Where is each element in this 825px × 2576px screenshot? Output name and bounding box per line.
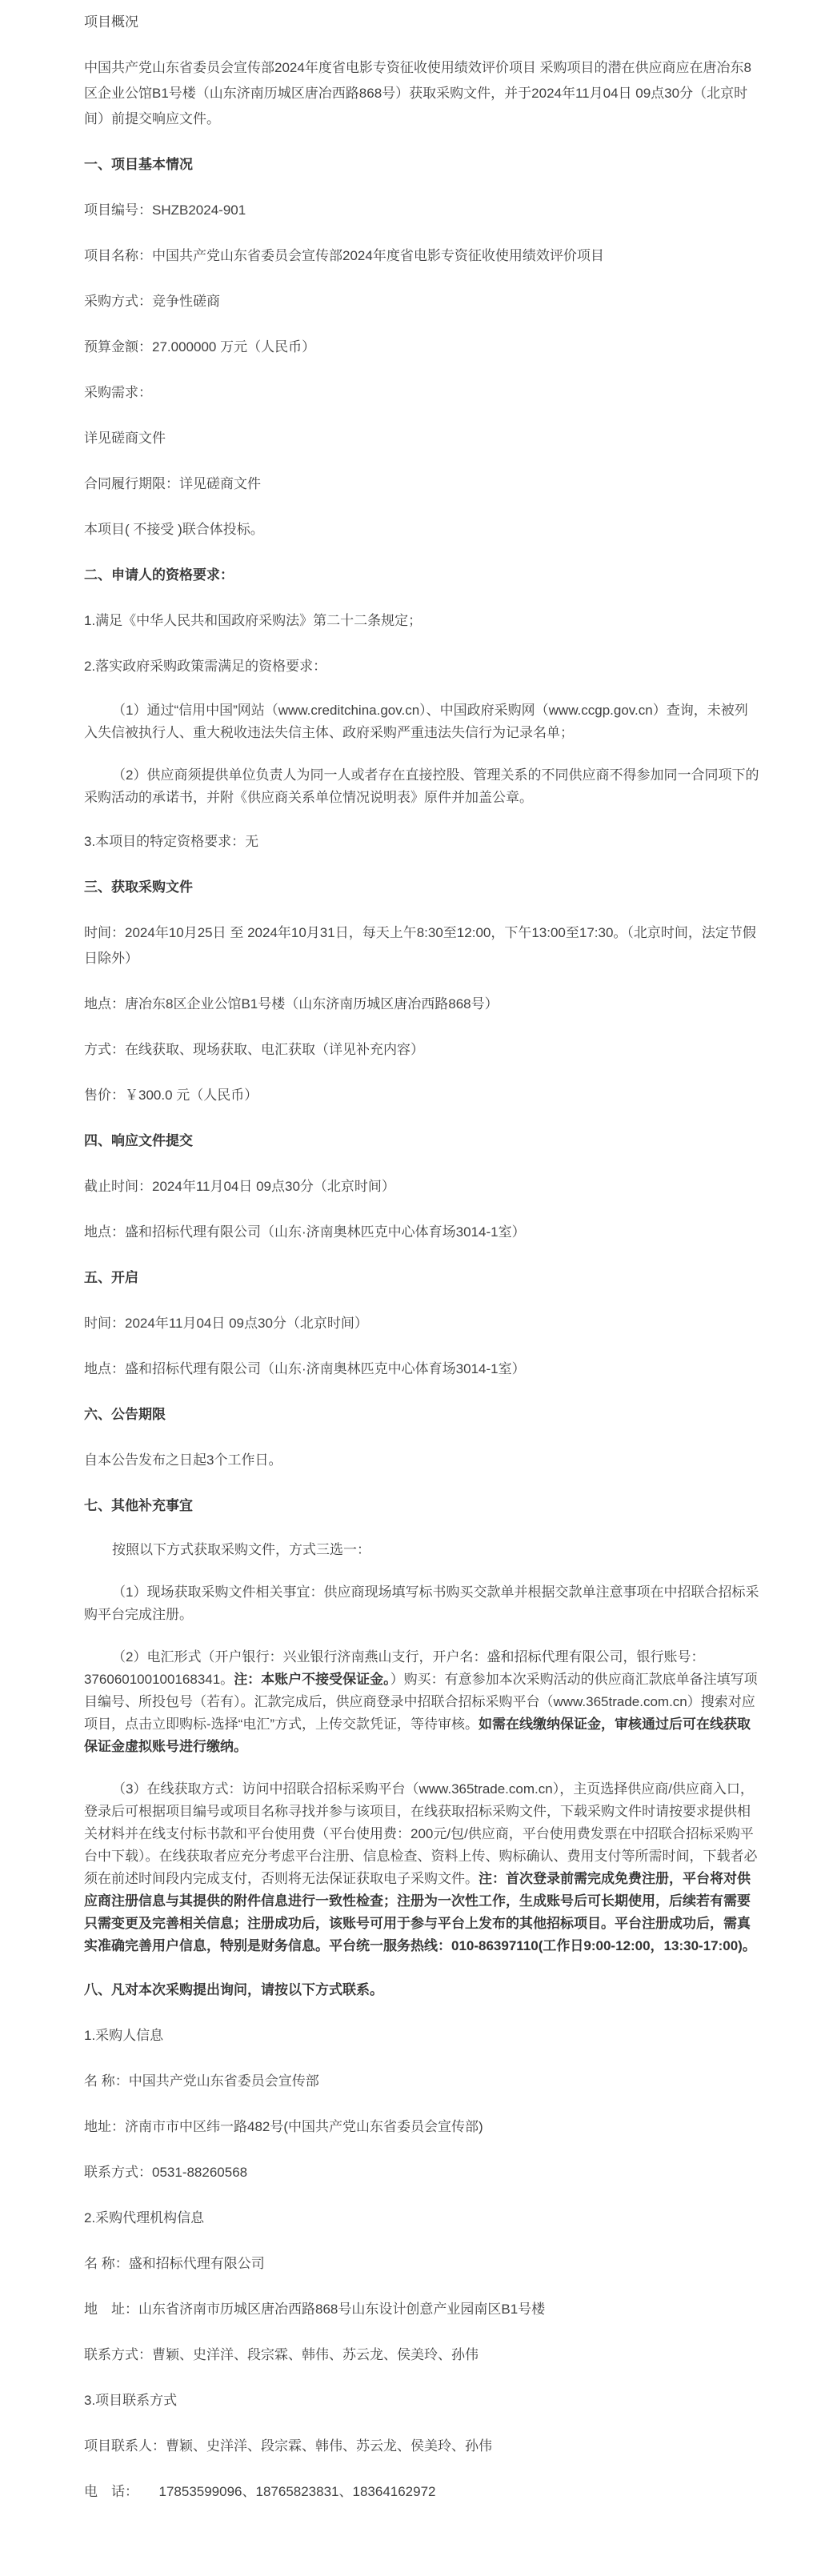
- text-run: 名 称：中国共产党山东省委员会宣传部: [84, 2073, 319, 2089]
- bold-text-run: 八、凡对本次采购提出询问，请按以下方式联系。: [84, 1982, 383, 1997]
- paragraph: 地点：唐冶东8区企业公馆B1号楼（山东济南历城区唐冶西路868号）: [84, 992, 760, 1017]
- text-run: 本项目( 不接受 )联合体投标。: [84, 522, 264, 537]
- paragraph: 2.采购代理机构信息: [84, 2205, 760, 2231]
- paragraph: 采购需求：: [84, 380, 760, 406]
- paragraph: 项目名称：中国共产党山东省委员会宣传部2024年度省电影专资征收使用绩效评价项目: [84, 243, 760, 269]
- paragraph: 时间：2024年10月25日 至 2024年10月31日，每天上午8:30至12…: [84, 920, 760, 972]
- paragraph: 采购方式：竞争性磋商: [84, 289, 760, 314]
- bold-text-run: 五、开启: [84, 1270, 138, 1285]
- bold-text-run: 三、获取采购文件: [84, 879, 193, 895]
- text-run: 中国共产党山东省委员会宣传部2024年度省电影专资征收使用绩效评价项目 采购项目…: [84, 60, 751, 126]
- section-heading: 二、申请人的资格要求：: [84, 563, 760, 588]
- paragraph: 预算金额：27.000000 万元（人民币）: [84, 335, 760, 360]
- text-run: 地址：济南市市中区纬一路482号(中国共产党山东省委员会宣传部): [84, 2119, 483, 2134]
- text-run: 时间：2024年10月25日 至 2024年10月31日，每天上午8:30至12…: [84, 925, 756, 966]
- paragraph: 项目概况: [84, 10, 760, 35]
- paragraph: 按照以下方式获取采购文件，方式三选一：: [84, 1539, 760, 1561]
- paragraph: 方式：在线获取、现场获取、电汇获取（详见补充内容）: [84, 1037, 760, 1063]
- text-run: 2.采购代理机构信息: [84, 2210, 204, 2225]
- paragraph: 联系方式：0531-88260568: [84, 2160, 760, 2185]
- section-heading: 三、获取采购文件: [84, 875, 760, 900]
- section-heading: 五、开启: [84, 1265, 760, 1291]
- paragraph: 地点：盛和招标代理有限公司（山东·济南奥林匹克中心体育场3014-1室）: [84, 1356, 760, 1382]
- paragraph: 名 称：盛和招标代理有限公司: [84, 2251, 760, 2277]
- paragraph: 截止时间：2024年11月04日 09点30分（北京时间）: [84, 1174, 760, 1200]
- paragraph: 自本公告发布之日起3个工作日。: [84, 1448, 760, 1473]
- paragraph: 合同履行期限：详见磋商文件: [84, 471, 760, 497]
- paragraph: 地址：济南市市中区纬一路482号(中国共产党山东省委员会宣传部): [84, 2114, 760, 2140]
- text-run: 项目联系人：曹颖、史洋洋、段宗霖、韩伟、苏云龙、侯美玲、孙伟: [84, 2438, 492, 2454]
- text-run: 截止时间：2024年11月04日 09点30分（北京时间）: [84, 1179, 395, 1194]
- paragraph: 名 称：中国共产党山东省委员会宣传部: [84, 2069, 760, 2094]
- paragraph: 3.本项目的特定资格要求：无: [84, 829, 760, 855]
- text-run: 电 话： 17853599096、18765823831、18364162972: [84, 2484, 436, 2499]
- text-run: 联系方式：曹颖、史洋洋、段宗霖、韩伟、苏云龙、侯美玲、孙伟: [84, 2347, 479, 2362]
- text-run: （2）供应商须提供单位负责人为同一人或者存在直接控股、管理关系的不同供应商不得参…: [84, 767, 759, 805]
- text-run: （1）通过“信用中国”网站（www.creditchina.gov.cn）、中国…: [84, 703, 748, 740]
- paragraph: 项目编号：SHZB2024-901: [84, 198, 760, 223]
- paragraph: 本项目( 不接受 )联合体投标。: [84, 517, 760, 543]
- text-run: 详见磋商文件: [84, 431, 166, 446]
- paragraph: 项目联系人：曹颖、史洋洋、段宗霖、韩伟、苏云龙、侯美玲、孙伟: [84, 2434, 760, 2459]
- text-run: 1.采购人信息: [84, 2028, 163, 2043]
- paragraph: （3）在线获取方式：访问中招联合招标采购平台（www.365trade.com.…: [84, 1778, 760, 1957]
- paragraph: 2.落实政府采购政策需满足的资格要求：: [84, 654, 760, 679]
- text-run: 项目名称：中国共产党山东省委员会宣传部2024年度省电影专资征收使用绩效评价项目: [84, 248, 604, 263]
- bold-text-run: 六、公告期限: [84, 1407, 166, 1422]
- paragraph: （1）现场获取采购文件相关事宜：供应商现场填写标书购买交款单并根据交款单注意事项…: [84, 1581, 760, 1626]
- text-run: 售价：￥300.0 元（人民币）: [84, 1088, 258, 1103]
- text-run: 2.落实政府采购政策需满足的资格要求：: [84, 659, 326, 674]
- text-run: 地点：盛和招标代理有限公司（山东·济南奥林匹克中心体育场3014-1室）: [84, 1361, 526, 1376]
- paragraph: 1.采购人信息: [84, 2023, 760, 2049]
- paragraph: 地点：盛和招标代理有限公司（山东·济南奥林匹克中心体育场3014-1室）: [84, 1220, 760, 1245]
- paragraph: 中国共产党山东省委员会宣传部2024年度省电影专资征收使用绩效评价项目 采购项目…: [84, 55, 760, 132]
- paragraph: 时间：2024年11月04日 09点30分（北京时间）: [84, 1311, 760, 1336]
- text-run: 方式：在线获取、现场获取、电汇获取（详见补充内容）: [84, 1042, 424, 1057]
- text-run: 地点：盛和招标代理有限公司（山东·济南奥林匹克中心体育场3014-1室）: [84, 1224, 526, 1240]
- text-run: 预算金额：27.000000 万元（人民币）: [84, 339, 315, 355]
- paragraph: 详见磋商文件: [84, 426, 760, 451]
- paragraph: 售价：￥300.0 元（人民币）: [84, 1083, 760, 1108]
- text-run: 采购需求：: [84, 385, 152, 400]
- text-run: 3.项目联系方式: [84, 2393, 177, 2408]
- bold-text-run: 一、项目基本情况: [84, 157, 193, 172]
- paragraph: （2）供应商须提供单位负责人为同一人或者存在直接控股、管理关系的不同供应商不得参…: [84, 764, 760, 809]
- text-run: 自本公告发布之日起3个工作日。: [84, 1452, 282, 1468]
- announcement-page: 项目概况中国共产党山东省委员会宣传部2024年度省电影专资征收使用绩效评价项目 …: [0, 0, 825, 2576]
- text-run: 项目概况: [84, 14, 138, 30]
- text-run: （1）现场获取采购文件相关事宜：供应商现场填写标书购买交款单并根据交款单注意事项…: [84, 1584, 759, 1622]
- paragraph: 3.项目联系方式: [84, 2388, 760, 2414]
- paragraph: 1.满足《中华人民共和国政府采购法》第二十二条规定；: [84, 608, 760, 634]
- text-run: 按照以下方式获取采购文件，方式三选一：: [112, 1542, 370, 1557]
- bold-text-run: 七、其他补充事宜: [84, 1498, 193, 1513]
- section-heading: 六、公告期限: [84, 1402, 760, 1428]
- section-heading: 四、响应文件提交: [84, 1128, 760, 1154]
- section-heading: 一、项目基本情况: [84, 152, 760, 178]
- paragraph: （1）通过“信用中国”网站（www.creditchina.gov.cn）、中国…: [84, 699, 760, 744]
- text-run: 名 称：盛和招标代理有限公司: [84, 2256, 265, 2271]
- text-run: 采购方式：竞争性磋商: [84, 294, 220, 309]
- text-run: 1.满足《中华人民共和国政府采购法》第二十二条规定；: [84, 613, 422, 628]
- bold-text-run: 四、响应文件提交: [84, 1133, 193, 1148]
- text-run: 3.本项目的特定资格要求：无: [84, 834, 258, 849]
- announcement-document: 项目概况中国共产党山东省委员会宣传部2024年度省电影专资征收使用绩效评价项目 …: [84, 10, 760, 2505]
- text-run: 合同履行期限：详见磋商文件: [84, 476, 261, 491]
- paragraph: 联系方式：曹颖、史洋洋、段宗霖、韩伟、苏云龙、侯美玲、孙伟: [84, 2342, 760, 2368]
- paragraph: （2）电汇形式（开户银行：兴业银行济南燕山支行，开户名：盛和招标代理有限公司，银…: [84, 1646, 760, 1758]
- bold-text-run: 注：本账户不接受保证金。: [234, 1672, 390, 1687]
- text-run: 时间：2024年11月04日 09点30分（北京时间）: [84, 1316, 368, 1331]
- text-run: 项目编号：SHZB2024-901: [84, 202, 246, 218]
- text-run: 联系方式：0531-88260568: [84, 2165, 247, 2180]
- text-run: 地 址：山东省济南市历城区唐冶西路868号山东设计创意产业园南区B1号楼: [84, 2302, 545, 2317]
- section-heading: 八、凡对本次采购提出询问，请按以下方式联系。: [84, 1977, 760, 2003]
- section-heading: 七、其他补充事宜: [84, 1493, 760, 1519]
- paragraph: 地 址：山东省济南市历城区唐冶西路868号山东设计创意产业园南区B1号楼: [84, 2297, 760, 2322]
- bold-text-run: 二、申请人的资格要求：: [84, 567, 234, 583]
- paragraph: 电 话： 17853599096、18765823831、18364162972: [84, 2479, 760, 2505]
- text-run: 地点：唐冶东8区企业公馆B1号楼（山东济南历城区唐冶西路868号）: [84, 996, 499, 1012]
